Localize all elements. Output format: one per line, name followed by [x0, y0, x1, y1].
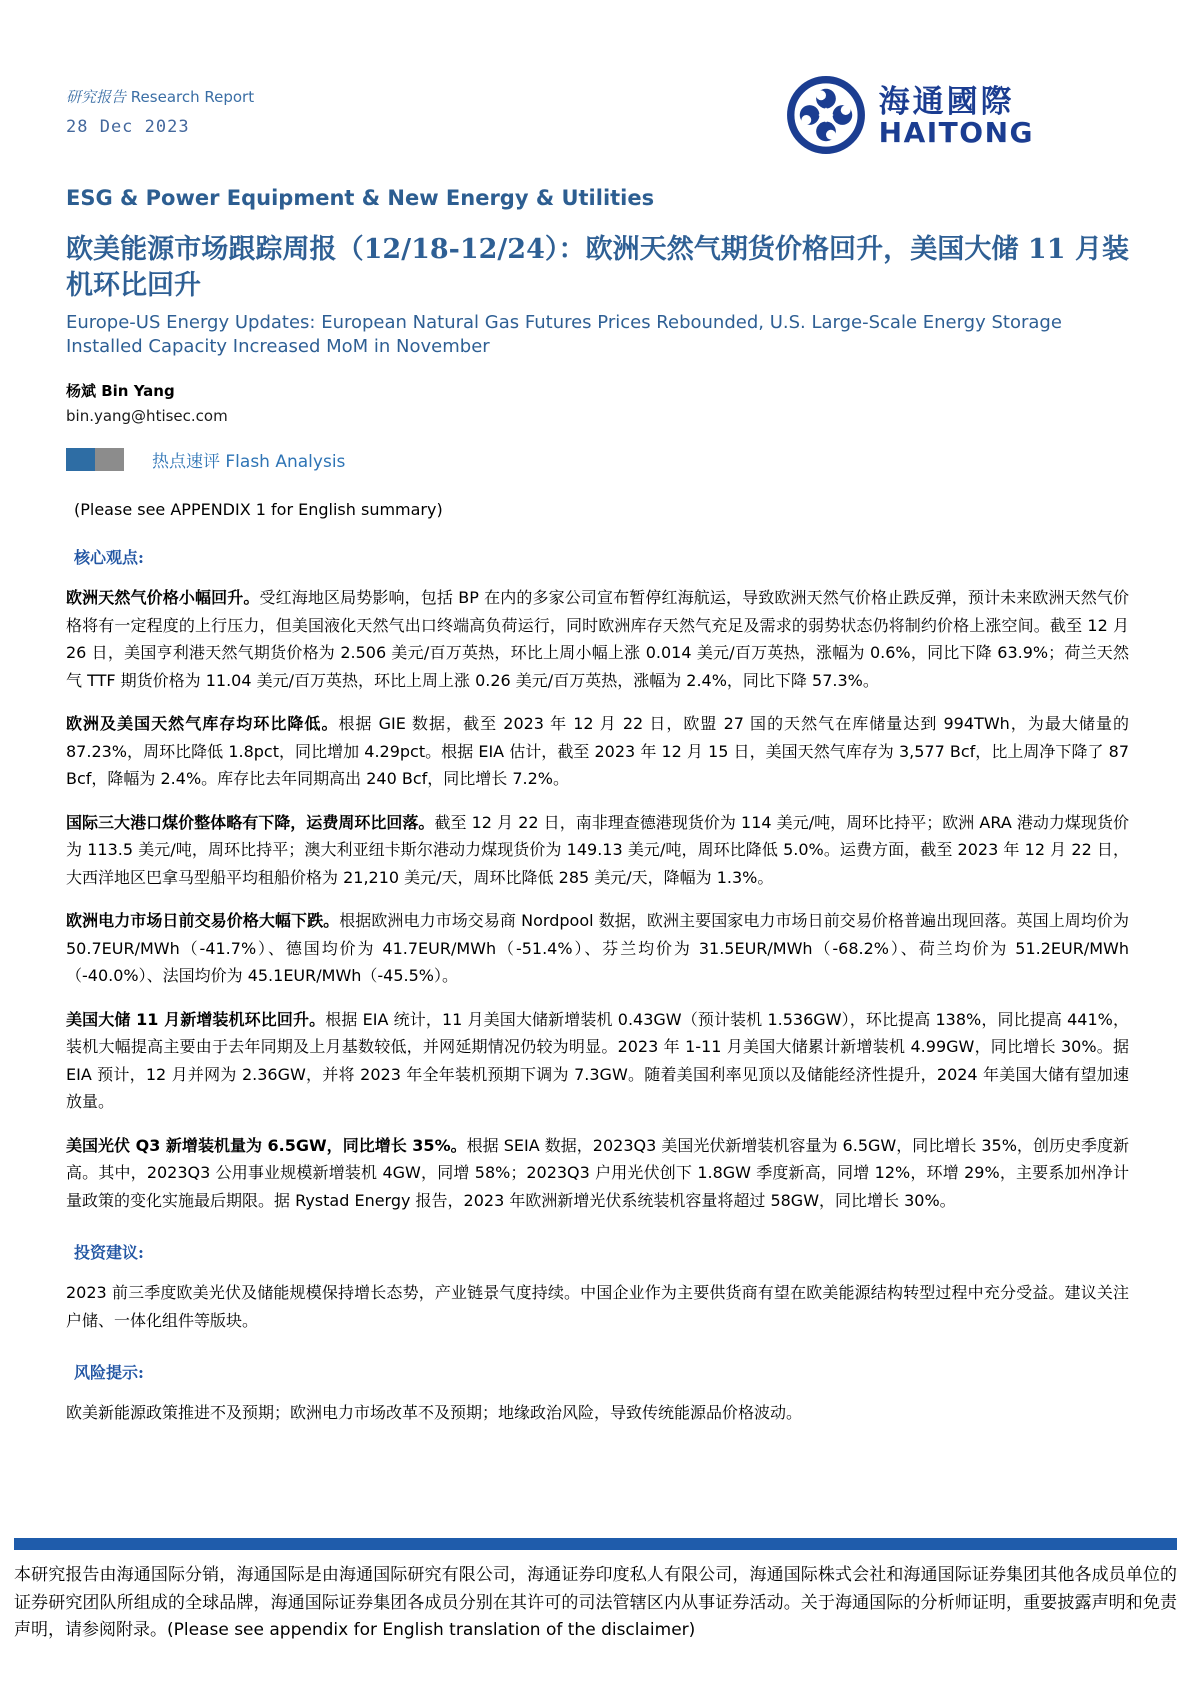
- flash-analysis-label: 热点速评 Flash Analysis: [152, 447, 345, 472]
- report-type-label: 研究报告 Research Report: [66, 86, 254, 107]
- paragraph-lead: 欧洲电力市场日前交易价格大幅下跌。: [66, 911, 339, 930]
- core-paragraph-1: 欧洲天然气价格小幅回升。受红海地区局势影响，包括 BP 在内的多家公司宣布暂停红…: [66, 584, 1129, 694]
- report-type-zh: 研究报告: [66, 88, 126, 106]
- footer-divider-bar: [14, 1538, 1177, 1550]
- paragraph-lead: 欧洲及美国天然气库存均环比降低。: [66, 714, 338, 733]
- core-paragraph-4: 欧洲电力市场日前交易价格大幅下跌。根据欧洲电力市场交易商 Nordpool 数据…: [66, 907, 1129, 990]
- risk-warning-paragraph: 欧美新能源政策推进不及预期；欧洲电力市场改革不及预期；地缘政治风险，导致传统能源…: [66, 1399, 1129, 1427]
- investment-advice-heading: 投资建议:: [74, 1240, 1129, 1263]
- core-paragraph-6: 美国光伏 Q3 新增装机量为 6.5GW，同比增长 35%。根据 SEIA 数据…: [66, 1132, 1129, 1215]
- page-header: 研究报告 Research Report 28 Dec 2023: [66, 86, 1129, 160]
- paragraph-lead: 欧洲天然气价格小幅回升。: [66, 588, 260, 607]
- investment-advice-paragraph: 2023 前三季度欧美光伏及储能规模保持增长态势，产业链景气度持续。中国企业作为…: [66, 1279, 1129, 1334]
- report-title-en: Europe-US Energy Updates: European Natur…: [66, 311, 1129, 358]
- core-views-heading: 核心观点:: [74, 545, 1129, 568]
- report-content: 研究报告 Research Report 28 Dec 2023: [0, 0, 1191, 1427]
- flash-analysis-row: 热点速评 Flash Analysis: [66, 447, 1129, 472]
- risk-warning-heading: 风险提示:: [74, 1360, 1129, 1383]
- logo-name-en: HAITONG: [879, 119, 1034, 148]
- core-paragraph-5: 美国大储 11 月新增装机环比回升。根据 EIA 统计，11 月美国大储新增装机…: [66, 1006, 1129, 1116]
- paragraph-lead: 国际三大港口煤价整体略有下降，运费周环比回落。: [66, 813, 434, 832]
- author-email[interactable]: bin.yang@htisec.com: [66, 407, 1129, 425]
- report-type-en: Research Report: [131, 88, 254, 106]
- author-name: 杨斌 Bin Yang: [66, 380, 1129, 401]
- report-date: 28 Dec 2023: [66, 117, 254, 137]
- core-paragraph-3: 国际三大港口煤价整体略有下降，运费周环比回落。截至 12 月 22 日，南非理查…: [66, 809, 1129, 892]
- report-page: 研究报告 Research Report 28 Dec 2023: [0, 0, 1191, 1684]
- haitong-logo-text: 海通國際 HAITONG: [879, 87, 1034, 147]
- blue-square-icon: [66, 448, 95, 471]
- footer-disclaimer: 本研究报告由海通国际分销，海通国际是由海通国际研究有限公司，海通证券印度私人有限…: [14, 1562, 1177, 1645]
- appendix-note: (Please see APPENDIX 1 for English summa…: [74, 500, 1129, 519]
- report-title-zh: 欧美能源市场跟踪周报（12/18-12/24）：欧洲天然气期货价格回升，美国大储…: [66, 232, 1129, 303]
- paragraph-lead: 美国光伏 Q3 新增装机量为 6.5GW，同比增长 35%。: [66, 1136, 467, 1155]
- page-footer: 本研究报告由海通国际分销，海通国际是由海通国际研究有限公司，海通证券印度私人有限…: [14, 1538, 1177, 1645]
- paragraph-lead: 美国大储 11 月新增装机环比回升。: [66, 1010, 325, 1029]
- header-left: 研究报告 Research Report 28 Dec 2023: [66, 86, 254, 137]
- logo-name-zh: 海通國際: [879, 87, 1034, 119]
- haitong-logo: 海通國際 HAITONG: [785, 74, 1034, 160]
- core-paragraph-2: 欧洲及美国天然气库存均环比降低。根据 GIE 数据，截至 2023 年 12 月…: [66, 710, 1129, 793]
- sector-heading: ESG & Power Equipment & New Energy & Uti…: [66, 186, 1129, 210]
- gray-square-icon: [95, 448, 124, 471]
- haitong-logo-icon: [785, 74, 867, 160]
